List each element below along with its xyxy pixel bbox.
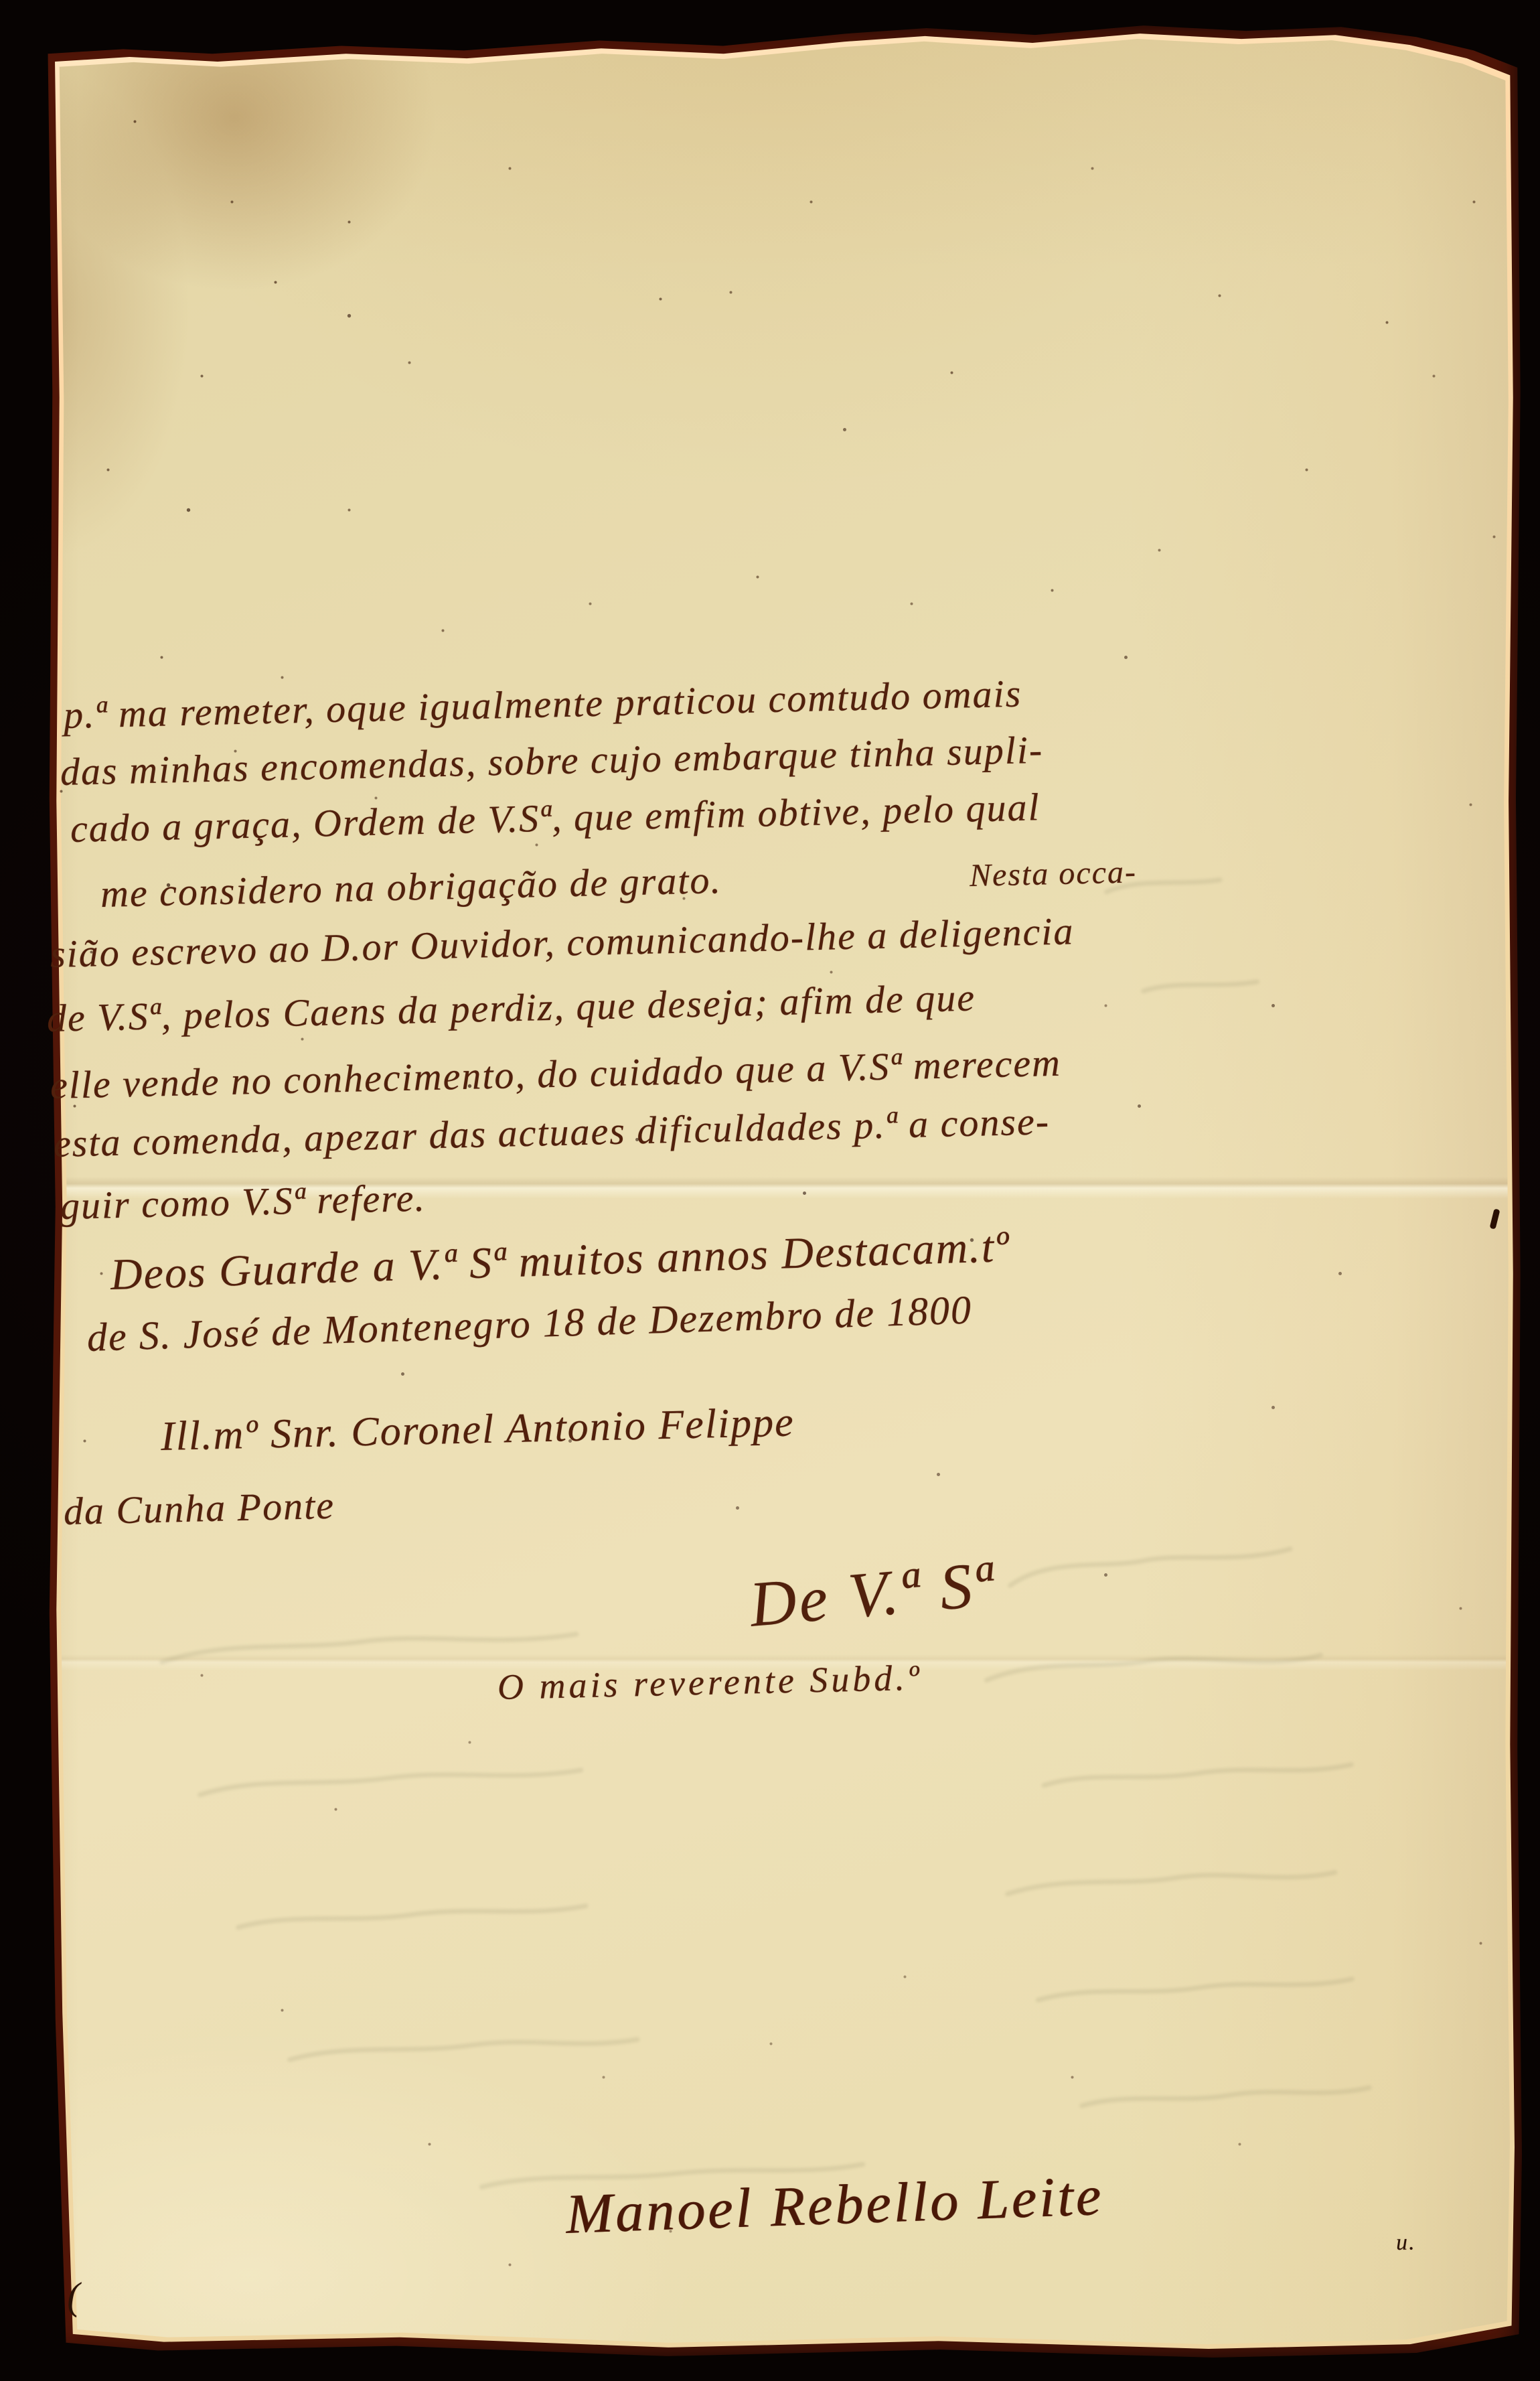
stray-pen-mark-right: u. (1396, 2230, 1416, 2256)
handwriting-layer: p.ª ma remeter, oque igualmente praticou… (0, 0, 1540, 2381)
handwritten-line: me considero na obrigação de grato. (100, 857, 722, 916)
date-place-line: de S. José de Montenegro 18 de Dezembro … (86, 1287, 973, 1361)
closing-line: O mais reverente Subd.º (497, 1657, 923, 1708)
handwritten-line: de V.Sª, pelos Caens da perdiz, que dese… (46, 975, 976, 1041)
handwritten-line: guir como V.Sª refere. (60, 1175, 426, 1228)
handwritten-line: sião escrevo ao D.or Ouvidor, comunicand… (50, 908, 1075, 977)
farewell-line: Deos Guarde a V.ª Sª muitos annos Destac… (110, 1222, 1011, 1301)
photograph-background: p.ª ma remeter, oque igualmente praticou… (0, 0, 1540, 2381)
signature: Manoel Rebello Leite (564, 2163, 1104, 2247)
handwritten-line: esta comenda, apezar das actuaes dificul… (53, 1098, 1050, 1166)
addressee-line: Ill.mº Snr. Coronel Antonio Felippe (160, 1399, 795, 1461)
handwritten-line: cado a graça, Ordem de V.Sª, que emfim o… (70, 784, 1041, 851)
handwritten-line: elle vende no conhecimento, do cuidado q… (50, 1040, 1061, 1108)
courtesy-close: De V.ª Sª (747, 1546, 998, 1642)
stray-pen-mark-left: ( (66, 2274, 82, 2319)
addressee-line: da Cunha Ponte (63, 1483, 335, 1534)
handwritten-line: das minhas encomendas, sobre cujo embarq… (60, 727, 1044, 794)
handwritten-margin-note: Nesta occa- (969, 853, 1137, 894)
handwritten-line: p.ª ma remeter, oque igualmente praticou… (63, 671, 1022, 737)
